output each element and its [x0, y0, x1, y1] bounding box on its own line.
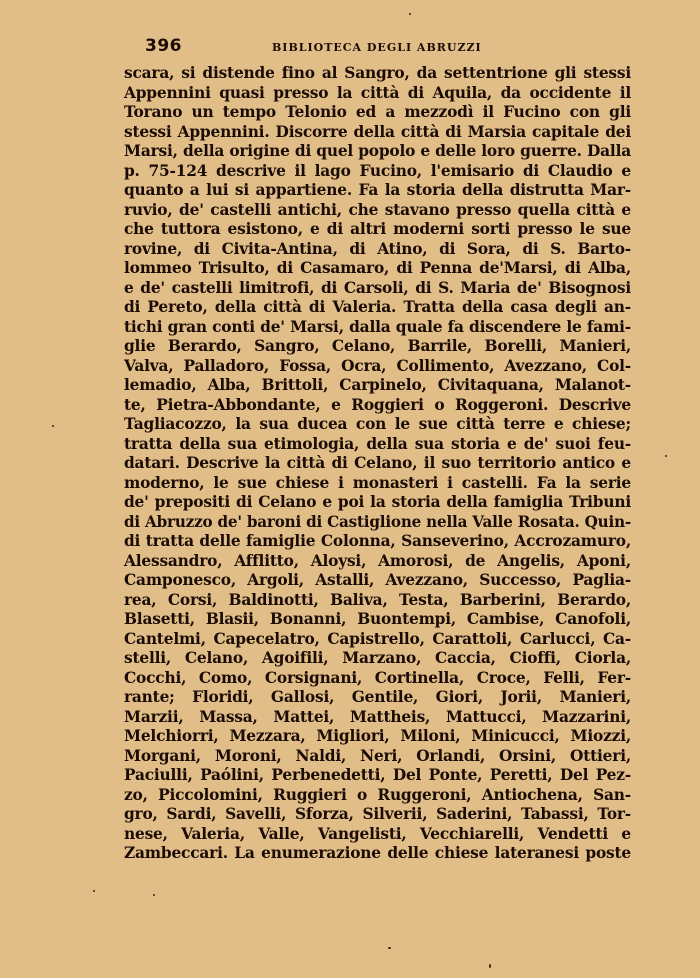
book-page: 396 BIBLIOTECA DEGLI ABRUZZI scara, si d… — [124, 30, 631, 864]
text-line: e de' castelli limitrofi, di Carsoli, di… — [124, 279, 631, 299]
text-line: scara, si distende fino al Sangro, da se… — [124, 64, 631, 84]
text-line: datari. Descrive la città di Celano, il … — [124, 454, 631, 474]
text-line: di Pereto, della città di Valeria. Tratt… — [124, 298, 631, 318]
text-line: rante; Floridi, Gallosi, Gentile, Giori,… — [124, 688, 631, 708]
text-line: Appennini quasi presso la città di Aquil… — [124, 84, 631, 104]
text-line: stessi Appennini. Discorre della città d… — [124, 123, 631, 143]
text-line: nese, Valeria, Valle, Vangelisti, Vecchi… — [124, 825, 631, 845]
scan-speck — [153, 894, 155, 896]
scan-speck — [409, 13, 411, 15]
text-line: tratta della sua etimologia, della sua s… — [124, 435, 631, 455]
scan-speck — [388, 947, 391, 949]
text-line: glie Berardo, Sangro, Celano, Barrile, B… — [124, 337, 631, 357]
text-line: di Abruzzo de' baroni di Castiglione nel… — [124, 513, 631, 533]
text-line: Alessandro, Afflitto, Aloysi, Amorosi, d… — [124, 552, 631, 572]
text-line: Paciulli, Paólini, Perbenedetti, Del Pon… — [124, 766, 631, 786]
text-line: de' prepositi di Celano e poi la storia … — [124, 493, 631, 513]
text-line: zo, Piccolomini, Ruggieri o Ruggeroni, A… — [124, 786, 631, 806]
running-title: BIBLIOTECA DEGLI ABRUZZI — [272, 41, 482, 54]
page-number: 396 — [145, 36, 182, 56]
text-line: Torano un tempo Telonio ed a mezzodì il … — [124, 103, 631, 123]
text-line: lemadio, Alba, Brittoli, Carpinelo, Civi… — [124, 376, 631, 396]
scan-speck — [665, 455, 667, 457]
text-line: moderno, le sue chiese i monasteri i cas… — [124, 474, 631, 494]
text-line: Melchiorri, Mezzara, Migliori, Miloni, M… — [124, 727, 631, 747]
text-line: te, Pietra-Abbondante, e Roggieri o Rogg… — [124, 396, 631, 416]
text-line: rovine, di Civita-Antina, di Atino, di S… — [124, 240, 631, 260]
text-line: tichi gran conti de' Marsi, dalla quale … — [124, 318, 631, 338]
text-line: lommeo Trisulto, di Casamaro, di Penna d… — [124, 259, 631, 279]
scan-speck — [93, 890, 95, 892]
text-line: Cantelmi, Capecelatro, Capistrello, Cara… — [124, 630, 631, 650]
text-line: gro, Sardi, Savelli, Sforza, Silverii, S… — [124, 805, 631, 825]
text-line: ruvio, de' castelli antichi, che stavano… — [124, 201, 631, 221]
text-line: che tuttora esistono, e di altri moderni… — [124, 220, 631, 240]
running-header: 396 BIBLIOTECA DEGLI ABRUZZI — [124, 30, 631, 64]
text-line: Camponesco, Argoli, Astalli, Avezzano, S… — [124, 571, 631, 591]
text-line: Marzii, Massa, Mattei, Mattheis, Mattucc… — [124, 708, 631, 728]
text-line: Marsi, della origine di quel popolo e de… — [124, 142, 631, 162]
text-line: p. 75-124 descrive il lago Fucino, l'emi… — [124, 162, 631, 182]
text-line: stelli, Celano, Agoifili, Marzano, Cacci… — [124, 649, 631, 669]
scan-speck — [489, 964, 491, 968]
body-text: scara, si distende fino al Sangro, da se… — [124, 64, 631, 864]
text-line: Valva, Palladoro, Fossa, Ocra, Colliment… — [124, 357, 631, 377]
text-line: Morgani, Moroni, Naldi, Neri, Orlandi, O… — [124, 747, 631, 767]
text-line: Cocchi, Como, Corsignani, Cortinella, Cr… — [124, 669, 631, 689]
text-line: Blasetti, Blasii, Bonanni, Buontempi, Ca… — [124, 610, 631, 630]
text-line: quanto a lui si appartiene. Fa la storia… — [124, 181, 631, 201]
text-line: rea, Corsi, Baldinotti, Baliva, Testa, B… — [124, 591, 631, 611]
text-line: di tratta delle famiglie Colonna, Sansev… — [124, 532, 631, 552]
text-line: Zambeccari. La enumerazione delle chiese… — [124, 844, 631, 864]
text-line: Tagliacozzo, la sua ducea con le sue cit… — [124, 415, 631, 435]
scan-speck — [52, 425, 54, 427]
